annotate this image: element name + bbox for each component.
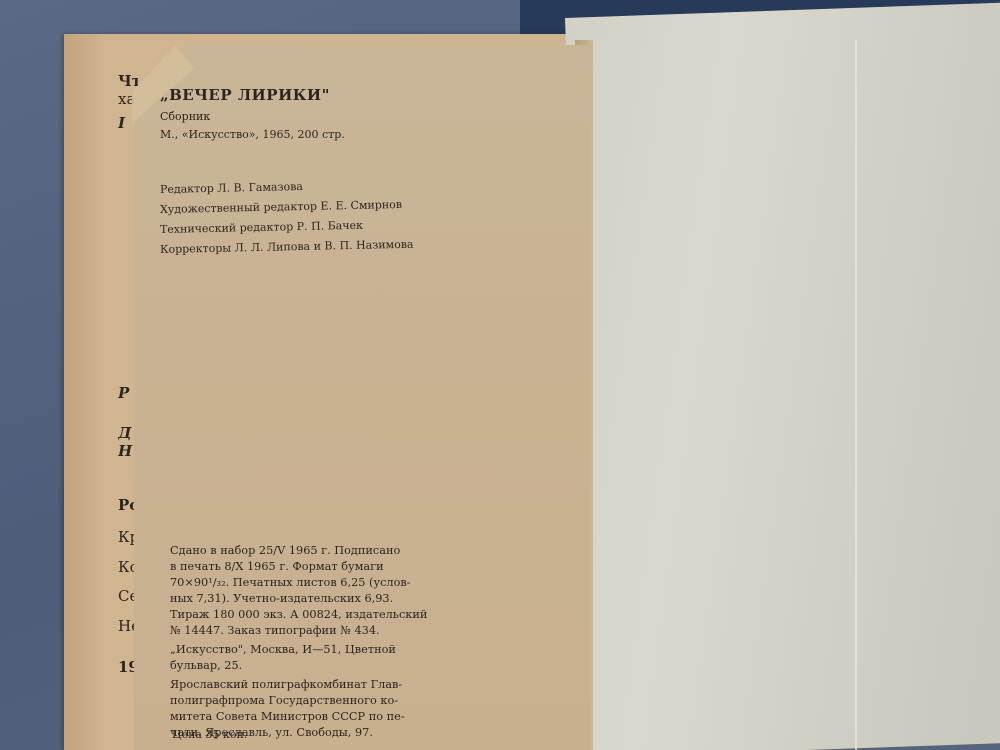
colophon-line: Тираж 180 000 экз. А 00824, издательский: [170, 607, 427, 623]
publication-info: М., «Искусство», 1965, 200 стр.: [160, 128, 345, 141]
printer-line: полиграфпрома Государственного ко-: [170, 693, 427, 709]
page-crease: [855, 40, 857, 750]
colophon-line: № 14447. Заказ типографии № 434.: [170, 623, 427, 639]
publisher-address: „Искусство", Москва, И—51, Цветной бульв…: [170, 642, 427, 674]
address-line: „Искусство", Москва, И—51, Цветной: [170, 642, 427, 658]
credits: Редактор Л. В. Гамазова Художественный р…: [160, 180, 414, 260]
colophon-line: ных 7,31). Учетно-издательских 6,93.: [170, 591, 427, 607]
colophon: Сдано в набор 25/V 1965 г. Подписано в п…: [170, 543, 427, 744]
colophon-line: 70×90¹/₃₂. Печатных листов 6,25 (услов-: [170, 575, 427, 591]
price: Цена 35 коп.: [172, 728, 247, 741]
fragment: Что: [118, 72, 138, 90]
address-line: бульвар, 25.: [170, 658, 427, 674]
colophon-line: в печать 8/X 1965 г. Формат бумаги: [170, 559, 427, 575]
blank-right-page: [565, 3, 1000, 750]
printer-line: митета Совета Министров СССР по пе-: [170, 709, 427, 725]
colophon-line: Сдано в набор 25/V 1965 г. Подписано: [170, 543, 427, 559]
print-details: Сдано в набор 25/V 1965 г. Подписано в п…: [170, 543, 427, 639]
credit-line: Корректоры Л. Л. Липова и В. П. Назимова: [160, 235, 414, 260]
book-subtitle: Сборник: [160, 110, 210, 123]
book-title: „ВЕЧЕР ЛИРИКИ": [160, 86, 330, 104]
printer-line: Ярославский полиграфкомбинат Глав-: [170, 677, 427, 693]
